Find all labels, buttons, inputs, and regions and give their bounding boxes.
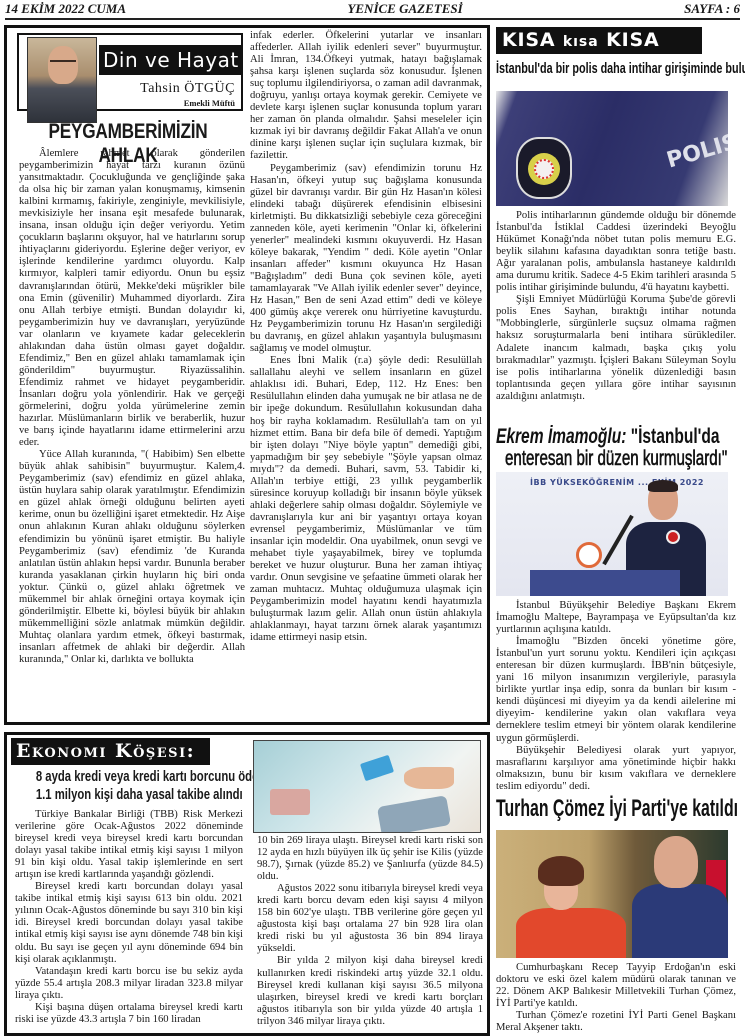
imamoglu-speech-photo: İBB YÜKSEKÖĞRENİM ... EKİM 2022	[496, 472, 728, 596]
newspaper-name: YENİCE GAZETESİ	[347, 1, 462, 17]
paragraph: Bireysel kredi kartı borcundan dolayı ya…	[15, 881, 243, 965]
tag-word: kısa	[563, 34, 599, 50]
article-column-1: Âlemlere rahmet olarak gönderilen peygam…	[19, 148, 245, 666]
page-number: SAYFA : 6	[684, 1, 740, 17]
headline-speaker: Ekrem İmamoğlu:	[496, 425, 626, 448]
paragraph: İmamoğlu "Bizden önceki yönetime göre, İ…	[496, 636, 736, 744]
paragraph: Vatandaşın kredi kartı borcu ise bu seki…	[15, 966, 243, 1002]
paragraph: İstanbul Büyükşehir Belediye Başkanı Ekr…	[496, 600, 736, 636]
paragraph: Peygamberimiz (sav) efendimizin torunu H…	[250, 163, 482, 356]
headline-line-1: 8 ayda kredi veya kredi kartı borcunu öd…	[36, 768, 212, 786]
article-column-1: Türkiye Bankalar Birliği (TBB) Risk Merk…	[15, 809, 243, 1026]
paragraph: Turhan Çömez'e rozetini İYİ Parti Genel …	[496, 1010, 736, 1034]
article-column-2: 10 bin 269 liraya ulaştı. Bireysel kredi…	[257, 835, 483, 1028]
masthead: 14 EKİM 2022 CUMA YENİCE GAZETESİ SAYFA …	[5, 0, 740, 17]
police-uniform-photo: POLIS	[496, 91, 728, 206]
comez-headline: Turhan Çömez İyi Parti'ye katıldı	[496, 795, 734, 823]
author-photo	[27, 37, 97, 123]
paragraph: Büyükşehir Belediyesi olarak yurt yapıyo…	[496, 745, 736, 793]
din-ve-hayat-article-continued: infak ederler. Öfkelerini yutarlar ve in…	[246, 25, 490, 725]
paragraph: Cumhurbaşkanı Recep Tayyip Erdoğan'ın es…	[496, 962, 736, 1010]
paragraph: Kişi başına düşen ortalama bireysel kred…	[15, 1002, 243, 1026]
headline-line-2: 1.1 milyon kişi daha yasal takibe alındı	[36, 786, 212, 804]
ekonomi-article: Ekonomi Köşesi: 8 ayda kredi veya kredi …	[4, 732, 490, 1036]
comez-article-body: Cumhurbaşkanı Recep Tayyip Erdoğan'ın es…	[496, 962, 736, 1034]
tag-word: KISA	[606, 29, 659, 51]
paragraph: Bir yılda 2 milyon kişi daha bireysel kr…	[257, 955, 483, 1027]
masthead-divider	[5, 18, 740, 20]
tag-word: KISA	[502, 29, 555, 51]
headline-quote: "İstanbul'da	[626, 425, 719, 448]
column-title: Din ve Hayat	[99, 45, 241, 75]
imamoglu-article-body: İstanbul Büyükşehir Belediye Başkanı Ekr…	[496, 600, 736, 793]
paragraph: Ağustos 2022 sonu itibarıyla bireysel kr…	[257, 883, 483, 955]
paragraph: Yüce Allah kuranında, "( Habibim) Sen el…	[19, 449, 245, 666]
paragraph: Âlemlere rahmet olarak gönderilen peygam…	[19, 148, 245, 449]
imamoglu-headline-line-2: enteresan bir düzen kurmuşlardı"	[505, 447, 743, 471]
author-role: Emekli Müftü	[184, 98, 235, 108]
paragraph: Şişli Emniyet Müdürlüğü Koruma Şube'de g…	[496, 294, 736, 402]
din-ve-hayat-article: Din ve Hayat Tahsin ÖTGÜÇ Emekli Müftü P…	[4, 25, 246, 725]
article-column-2: infak ederler. Öfkelerini yutarlar ve in…	[250, 30, 482, 644]
imamoglu-headline-line-1: Ekrem İmamoğlu: "İstanbul'da	[496, 425, 740, 449]
issue-date: 14 EKİM 2022 CUMA	[5, 1, 126, 17]
paragraph: infak ederler. Öfkelerini yutarlar ve in…	[250, 30, 482, 163]
article-headline: 8 ayda kredi veya kredi kartı borcunu öd…	[36, 768, 212, 804]
author-name: Tahsin ÖTGÜÇ	[140, 81, 235, 97]
photo-text: POLIS	[664, 129, 728, 173]
credit-card-photo	[253, 740, 481, 833]
polis-headline: İstanbul'da bir polis daha intihar giriş…	[496, 60, 734, 77]
paragraph: Türkiye Bankalar Birliği (TBB) Risk Merk…	[15, 809, 243, 881]
section-tag: KISA kısa KISA kısa	[496, 27, 702, 54]
comez-aksener-photo	[496, 830, 728, 958]
police-badge-icon	[516, 137, 572, 199]
section-tag: Ekonomi Köşesi:	[11, 738, 210, 765]
column-header: Din ve Hayat Tahsin ÖTGÜÇ Emekli Müftü	[17, 33, 243, 111]
paragraph: Enes İbni Malik (r.a) şöyle dedi: Resulü…	[250, 355, 482, 644]
paragraph: Polis intiharlarının gündemde olduğu bir…	[496, 210, 736, 294]
paragraph: 10 bin 269 liraya ulaştı. Bireysel kredi…	[257, 835, 483, 883]
polis-article-body: Polis intiharlarının gündemde olduğu bir…	[496, 210, 736, 403]
